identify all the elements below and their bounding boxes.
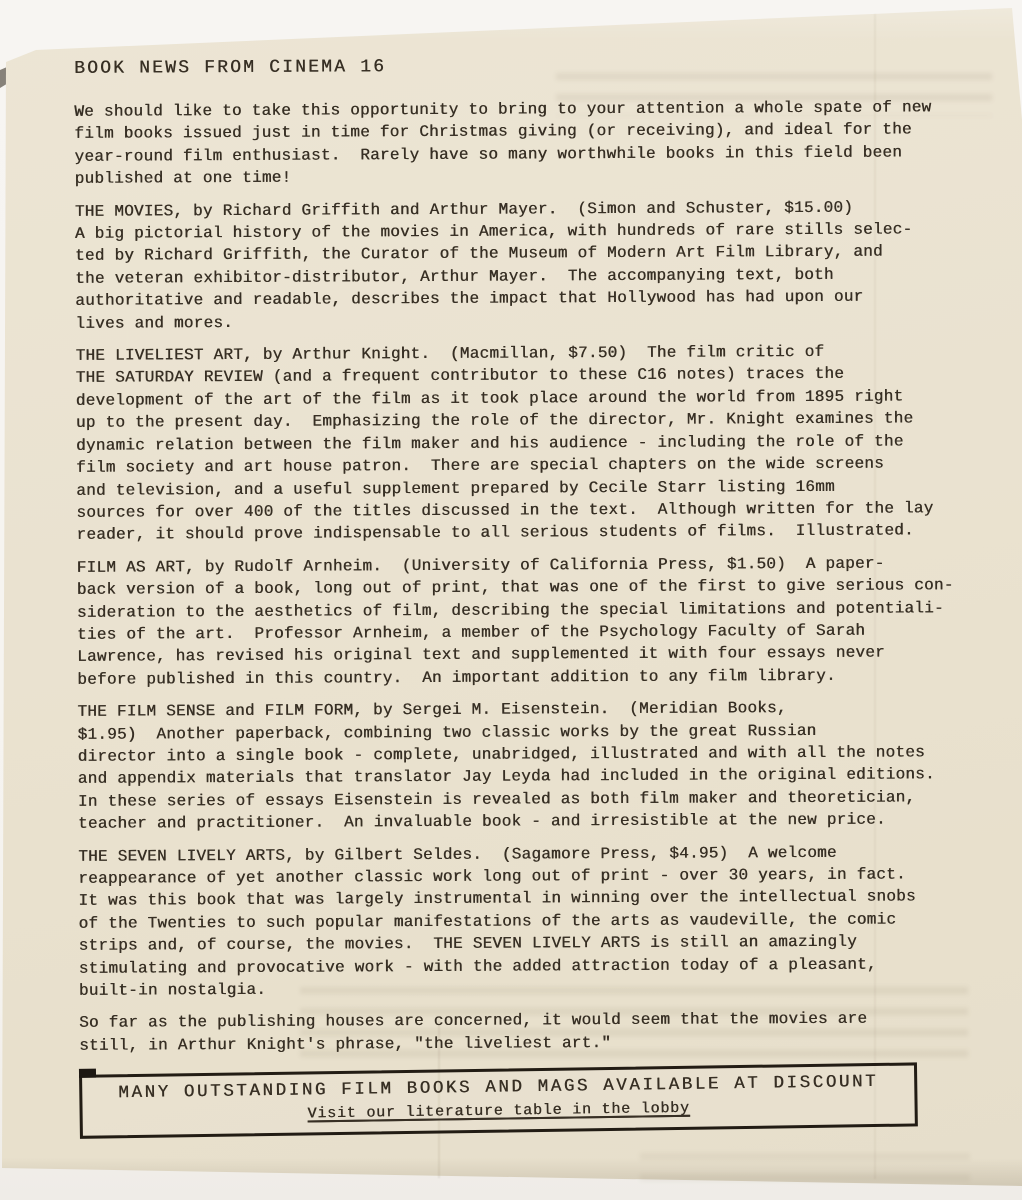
entry-the-film-sense-and-film-form: THE FILM SENSE and FILM FORM, by Sergei … [77, 696, 978, 835]
entry-the-movies: THE MOVIES, by Richard Griffith and Arth… [75, 196, 976, 335]
intro-paragraph: We should like to take this opportunity … [74, 96, 974, 190]
entry-the-liveliest-art: THE LIVELIEST ART, by Arthur Knight. (Ma… [75, 340, 976, 546]
page-title: BOOK NEWS FROM CINEMA 16 [74, 52, 974, 81]
photo-of-document: BOOK NEWS FROM CINEMA 16 We should like … [0, 0, 1022, 1200]
entry-the-seven-lively-arts: THE SEVEN LIVELY ARTS, by Gilbert Seldes… [78, 841, 979, 1003]
entry-film-as-art: FILM AS ART, by Rudolf Arnheim. (Univers… [77, 552, 978, 691]
ink-bleedthrough-below-box [640, 1148, 970, 1182]
discount-notice-box: MANY OUTSTANDING FILM BOOKS AND MAGS AVA… [79, 1063, 918, 1139]
closing-paragraph: So far as the publishing houses are conc… [79, 1008, 979, 1058]
document-content: BOOK NEWS FROM CINEMA 16 We should like … [0, 0, 1022, 1135]
